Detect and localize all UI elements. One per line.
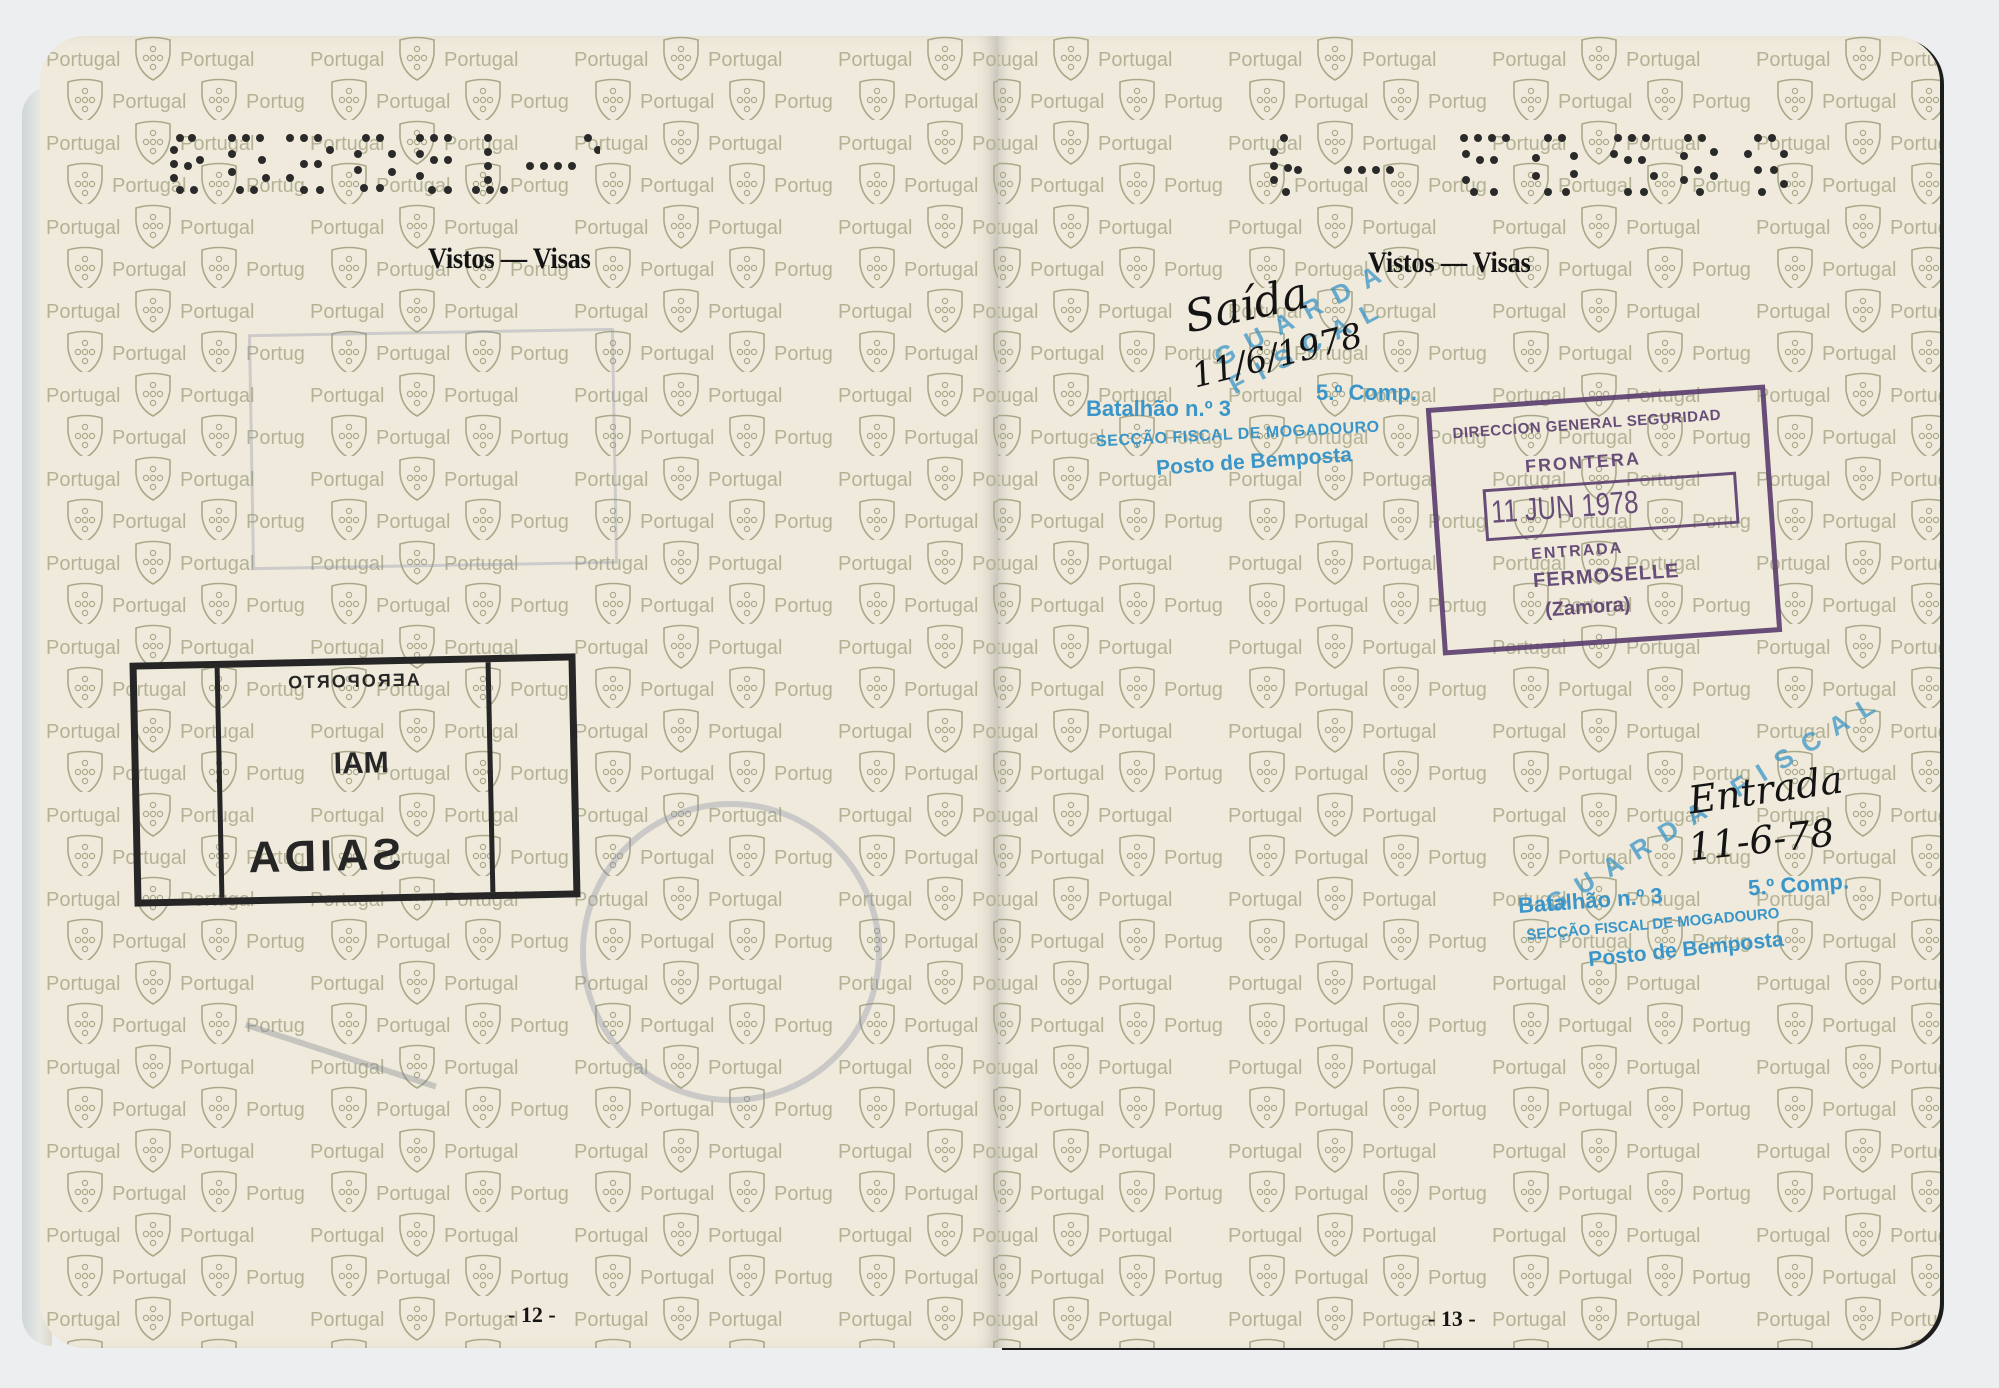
perforation-dots <box>170 130 600 200</box>
spanish-entry-stamp: DIRECCION GENERAL SEGURIDAD FRONTERA 11 … <box>1426 384 1782 655</box>
stamp-line-direccion: DIRECCION GENERAL SEGURIDAD <box>1452 407 1722 443</box>
round-stamp <box>580 801 882 1103</box>
page-number: - 12 - <box>508 1302 556 1328</box>
perforated-number <box>170 130 600 200</box>
faded-stamp <box>248 328 618 570</box>
stamp-header-text: AEROPORTO <box>217 668 489 695</box>
stamp-line-batalhao: Batalhão n.º 3 <box>1086 396 1231 422</box>
stamp-divider <box>486 662 496 892</box>
right-page: Portugal Portugal Portugal Portugal <box>998 36 1940 1348</box>
left-page: Portugal Portugal Portugal Portugal <box>40 36 998 1348</box>
stamp-line-entrada: ENTRADA <box>1531 540 1624 564</box>
stamp-line-batalhao: Batalhão n.º 3 <box>1517 883 1663 919</box>
stamp-date: 11 JUN 1978 <box>1490 484 1640 531</box>
page-heading: Vistos — Visas <box>428 242 591 276</box>
date-box: 11 JUN 1978 <box>1483 472 1740 542</box>
stamp-saida: SAIDA <box>244 830 402 883</box>
perforated-number <box>1268 130 1848 200</box>
stamp-line-posto: Posto de Bemposta <box>1155 443 1352 481</box>
stamp-line-fermoselle: FERMOSELLE <box>1532 560 1680 593</box>
stamp-divider <box>215 668 225 898</box>
stamp-line-zamora: (Zamora) <box>1544 593 1631 622</box>
stamp-month: MAI <box>333 746 389 781</box>
stamp-line-comp: 5.º Comp. <box>1747 869 1850 902</box>
passport-spread: Portugal Portugal Portugal Portugal <box>22 36 1940 1356</box>
page-number: - 13 - <box>1428 1306 1476 1332</box>
perforation-dots <box>1268 130 1848 200</box>
exit-stamp-mirrored: AEROPORTO MAI SAIDA <box>129 653 580 906</box>
stamp-line-comp: 5.º Comp. <box>1316 380 1417 406</box>
stamp-line-frontera: FRONTERA <box>1524 448 1641 477</box>
